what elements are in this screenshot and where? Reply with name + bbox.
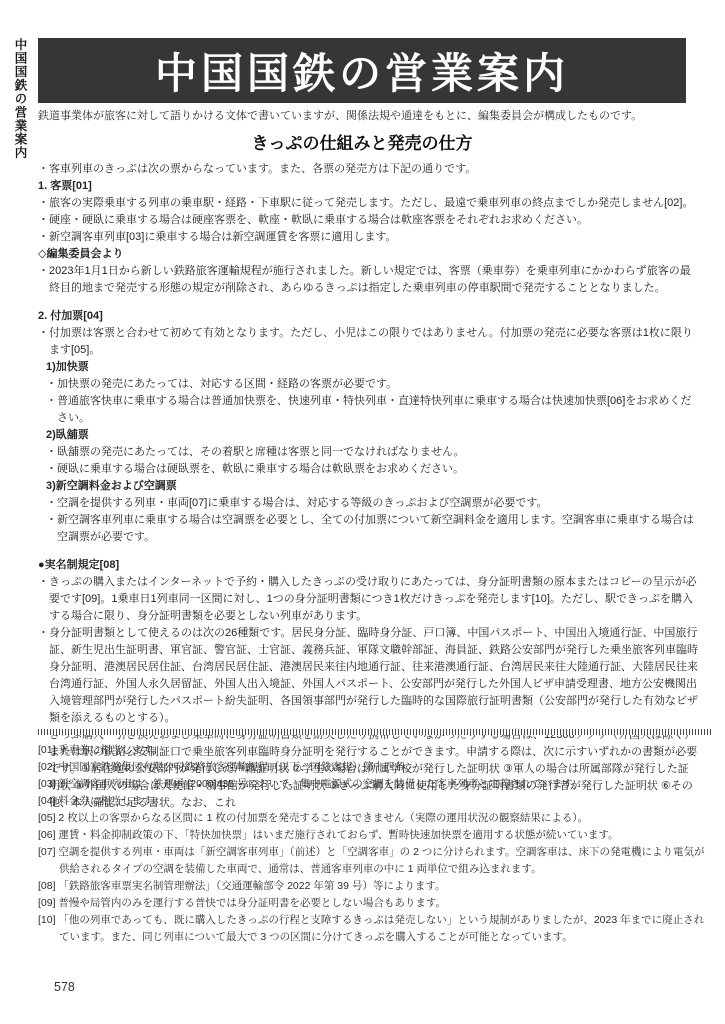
body-line: ・普通旅客快車に乗車する場合は普通加快票を、快速列車・特快列車・直達特快列車に乗… <box>38 393 698 427</box>
body-line: ・客車列車のきっぷは次の票からなっています。また、各票の発売方は下記の通りです。 <box>38 161 698 178</box>
footnote-item: [09] 普慢や局管内のみを運行する普快では身分証明書を必要としない場合もありま… <box>38 895 706 912</box>
intro-note: 鉄道事業体が旅客に対して語りかける文体で書いていますが、関係法規や通達をもとに、… <box>38 109 698 123</box>
section-title: きっぷの仕組みと発売の仕方 <box>38 129 686 154</box>
body-line: ・硬座・硬臥に乗車する場合は硬座客票を、軟座・軟臥に乗車する場合は軟座客票をそれ… <box>38 212 698 229</box>
body-line: ・新空調客車列車に乗車する場合は空調票を必要とし、全ての付加票について新空調料金… <box>38 512 698 546</box>
footnote-item: [02] 中国国家鉄路集団有限公司鉄路旅客運輸規程（以下、国鉄客規）第十四条。 <box>38 759 706 776</box>
body-heading: 1. 客票[01] <box>38 178 698 195</box>
footnote-item: [05] 2 枚以上の客票からなる区間に 1 枚の付加票を発売することはできませ… <box>38 810 706 827</box>
page-title: 中国国鉄の営業案内 <box>155 41 569 101</box>
sidebar-vertical-title: 中国国鉄の営業案内 <box>11 38 29 160</box>
body-line: ・2023年1月1日から新しい鉄路旅客運輸規程が施行されました。新しい規定では、… <box>38 263 698 297</box>
body-heading: 2. 付加票[04] <box>38 308 698 325</box>
footnotes: [01] 乗車券に相当します。 [02] 中国国家鉄路集団有限公司鉄路旅客運輸規… <box>38 742 706 946</box>
document-page: 中国国鉄の営業案内 中国国鉄の営業案内 鉄道事業体が旅客に対して語りかける文体で… <box>0 0 725 1024</box>
footnote-item: [07] 空調を提供する列車・車両は「新空調客車列車」（前述）と「空調客車」の … <box>38 844 706 878</box>
footnote-item: [01] 乗車券に相当します。 <box>38 742 706 759</box>
body-line: ・加快票の発売にあたっては、対応する区間・経路の客票が必要です。 <box>38 376 698 393</box>
body-line: ・新空調客車列車[03]に乗車する場合は新空調運賃を客票に適用します。 <box>38 229 698 246</box>
footnote-divider <box>38 729 713 735</box>
spacer <box>38 546 698 557</box>
footnote-item: [10] 「他の列車であっても、既に購入したきっぷの行程と支障するきっぷは発売し… <box>38 912 706 946</box>
body-line: ・硬臥に乗車する場合は硬臥票を、軟臥に乗車する場合は軟臥票をお求めください。 <box>38 461 698 478</box>
body-heading: ●実名制規定[08] <box>38 557 698 574</box>
body-subheading: 1)加快票 <box>38 359 698 376</box>
body-line: ・空調を提供する列車・車両[07]に乗車する場合は、対応する等級のきっぷおよび空… <box>38 495 698 512</box>
footnote-item: [06] 運賃・料金抑制政策の下、「特快加快票」はいまだ施行されておらず、暫時快… <box>38 827 706 844</box>
body-line: ・きっぷの購入またはインターネットで予約・購入したきっぷの受け取りにあたっては、… <box>38 574 698 625</box>
footnote-item: [04] 料金券に相当します。 <box>38 793 706 810</box>
body-line: ・付加票は客票と合わせて初めて有効となります。ただし、小児はこの限りではありませ… <box>38 325 698 359</box>
main-content: ・客車列車のきっぷは次の票からなっています。また、各票の発売方は下記の通りです。… <box>38 161 698 812</box>
title-banner: 中国国鉄の営業案内 <box>38 38 686 103</box>
body-subheading: 2)臥舖票 <box>38 427 698 444</box>
page-number: 578 <box>54 980 75 994</box>
footnote-item: [03] 新空調客車列車は、鉄運函 [2000]435 号において、集中電源式の… <box>38 776 706 793</box>
footnote-item: [08] 「鉄路旅客車票実名制管理辦法」（交通運輸部令 2022 年第 39 号… <box>38 878 706 895</box>
body-line: ・旅客の実際乗車する列車の乗車駅・経路・下車駅に従って発売します。ただし、最遠で… <box>38 195 698 212</box>
body-line: ・身分証明書類として使えるのは次の26種類です。居民身分証、臨時身分証、戸口簿、… <box>38 625 698 727</box>
body-heading: ◇編集委員会より <box>38 246 698 263</box>
spacer <box>38 297 698 308</box>
body-line: ・臥舖票の発売にあたっては、その着駅と席種は客票と同一でなければなりません。 <box>38 444 698 461</box>
body-subheading: 3)新空調料金および空調票 <box>38 478 698 495</box>
